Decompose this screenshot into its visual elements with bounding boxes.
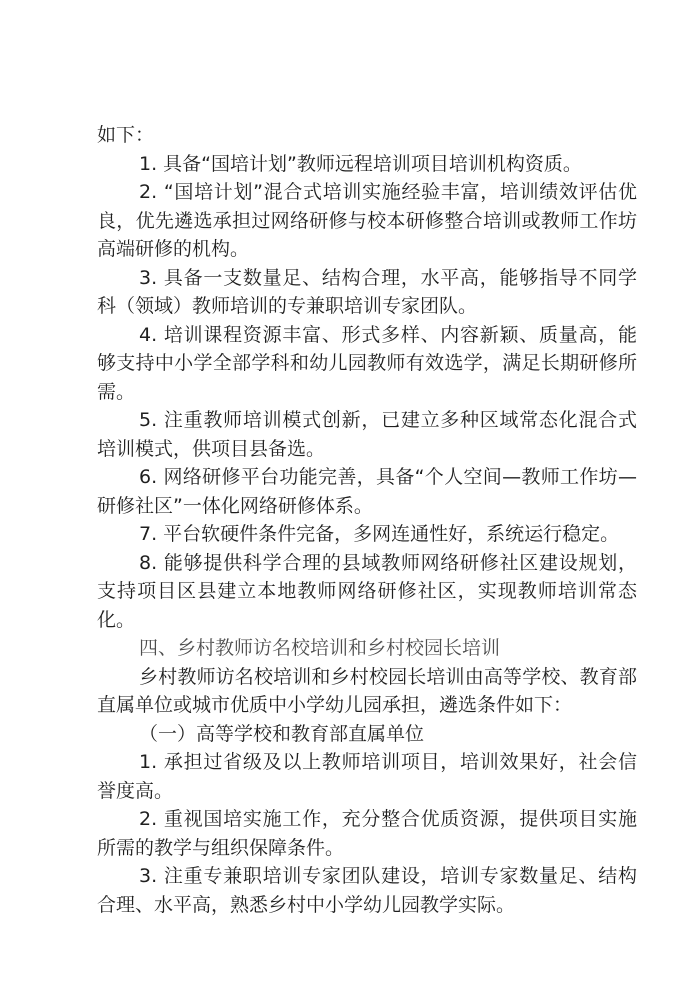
paragraph: 1. 承担过省级及以上教师培训项目，培训效果好，社会信誉度高。 xyxy=(97,748,637,805)
paragraph: 7. 平台软硬件条件完备，多网连通性好，系统运行稳定。 xyxy=(97,520,637,549)
paragraph: 4. 培训课程资源丰富、形式多样、内容新颖、质量高，能够支持中小学全部学科和幼儿… xyxy=(97,321,637,407)
paragraph: 乡村教师访名校培训和乡村校园长培训由高等学校、教育部直属单位或城市优质中小学幼儿… xyxy=(97,663,637,720)
paragraph: （一）高等学校和教育部直属单位 xyxy=(97,720,637,749)
paragraph: 8. 能够提供科学合理的县域教师网络研修社区建设规划，支持项目区县建立本地教师网… xyxy=(97,549,637,635)
paragraph: 3. 具备一支数量足、结构合理，水平高，能够指导不同学科（领域）教师培训的专兼职… xyxy=(97,264,637,321)
paragraph: 2. “国培计划”混合式培训实施经验丰富，培训绩效评估优良，优先遴选承担过网络研… xyxy=(97,178,637,264)
paragraph: 1. 具备“国培计划”教师远程培训项目培训机构资质。 xyxy=(97,150,637,179)
paragraph: 6. 网络研修平台功能完善，具备“个人空间—教师工作坊—研修社区”一体化网络研修… xyxy=(97,463,637,520)
section-heading: 四、乡村教师访名校培训和乡村校园长培训 xyxy=(97,634,637,663)
paragraph: 2. 重视国培实施工作，充分整合优质资源，提供项目实施所需的教学与组织保障条件。 xyxy=(97,805,637,862)
document-body: 如下：1. 具备“国培计划”教师远程培训项目培训机构资质。2. “国培计划”混合… xyxy=(97,121,637,919)
document-page: 如下：1. 具备“国培计划”教师远程培训项目培训机构资质。2. “国培计划”混合… xyxy=(0,0,700,994)
paragraph: 3. 注重专兼职培训专家团队建设，培训专家数量足、结构合理、水平高，熟悉乡村中小… xyxy=(97,862,637,919)
paragraph: 5. 注重教师培训模式创新，已建立多种区域常态化混合式培训模式，供项目县备选。 xyxy=(97,406,637,463)
paragraph: 如下： xyxy=(97,121,637,150)
